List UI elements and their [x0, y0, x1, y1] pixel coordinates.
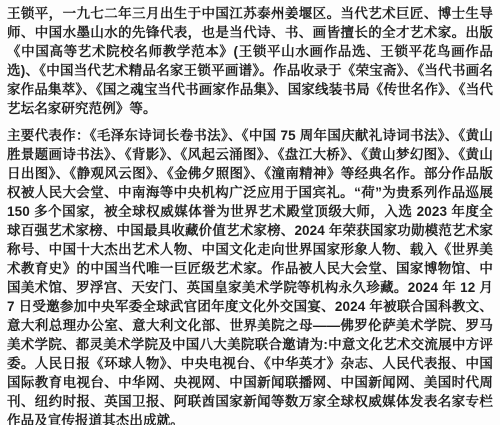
document-page: 王锁平，一九七二年三月出生于中国江苏泰州姜堰区。当代艺术巨匠、博士生导师、中国水…	[0, 0, 500, 425]
biography-paragraph-works: 主要代表作：《毛泽东诗词长卷书法》、《中国 75 周年国庆献礼诗词书法》、《黄山…	[7, 126, 493, 425]
biography-paragraph-intro: 王锁平，一九七二年三月出生于中国江苏泰州姜堰区。当代艺术巨匠、博士生导师、中国水…	[7, 4, 493, 118]
